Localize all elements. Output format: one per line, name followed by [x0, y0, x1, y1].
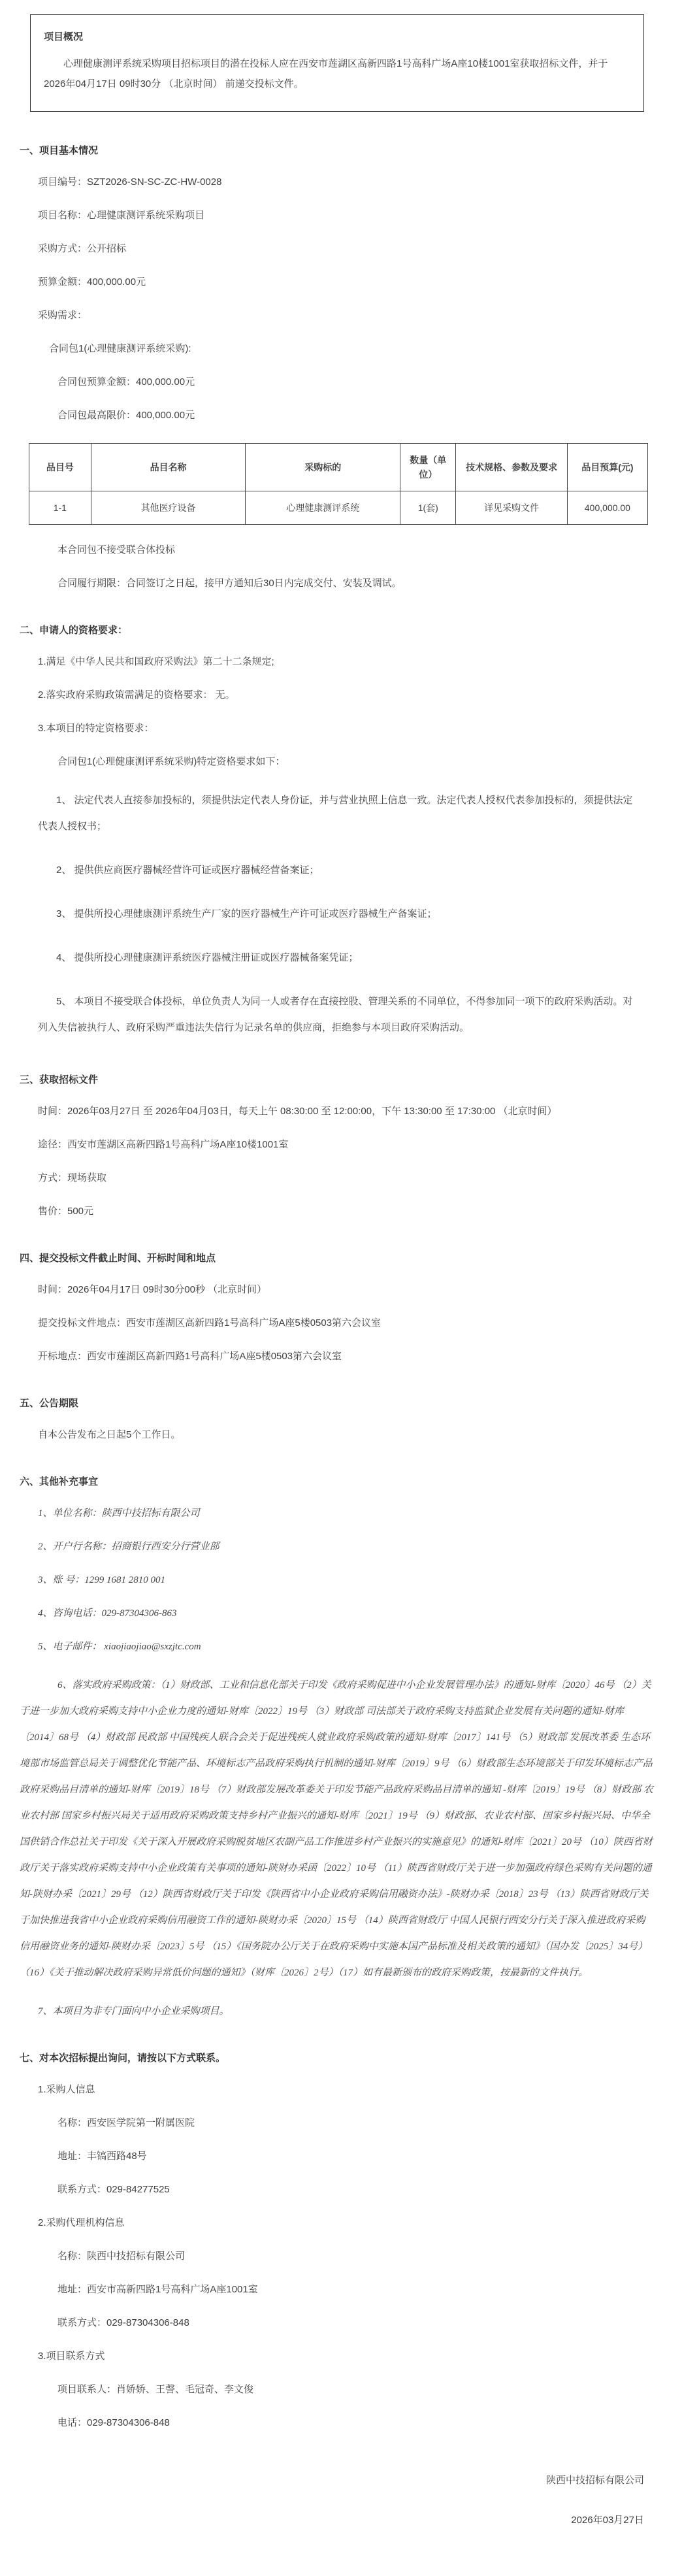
- qualification-3: 3.本项目的特定资格要求：: [38, 721, 653, 736]
- budget-amount-line: 预算金额：400,000.00元: [38, 274, 653, 290]
- smb-note-line: 7、本项目为非专门面向中小企业采购项目。: [38, 2004, 653, 2019]
- purchaser-name-line: 名称：西安医学院第一附属医院: [57, 2115, 653, 2131]
- section-5-heading: 五、公告期限: [20, 1396, 653, 1410]
- special-requirement-4: 4、 提供所投心理健康测评系统医疗器械注册证或医疗器械备案凭证；: [38, 945, 635, 971]
- col-header-budget: 品目预算(元): [567, 444, 647, 491]
- purchaser-address-line: 地址：丰镐西路48号: [57, 2149, 653, 2164]
- col-header-item-no: 品目号: [29, 444, 91, 491]
- items-table-body: 1-1 其他医疗设备 心理健康测评系统 1(套) 详见采购文件 400,000.…: [29, 491, 648, 525]
- agency-address-line: 地址：西安市高新四路1号高科广场A座1001室: [57, 2282, 653, 2298]
- purchaser-contact-line: 联系方式：029-84277525: [57, 2182, 653, 2198]
- procurement-method-line: 采购方式：公开招标: [38, 241, 653, 257]
- section-obtain-documents: 三、获取招标文件 时间：2026年03月27日 至 2026年04月03日，每天…: [20, 1072, 653, 1219]
- package-title-line: 合同包1(心理健康测评系统采购):: [49, 341, 653, 357]
- special-requirement-2: 2、 提供供应商医疗器械经营许可证或医疗器械经营备案证；: [38, 857, 635, 883]
- section-deadline-opening: 四、提交投标文件截止时间、开标时间和地点 时间：2026年04月17日 09时3…: [20, 1251, 653, 1364]
- procurement-demand-label: 采购需求：: [38, 308, 653, 323]
- announcement-period-line: 自本公告发布之日起5个工作日。: [38, 1427, 653, 1443]
- cell-spec: 详见采购文件: [456, 491, 567, 525]
- purchaser-info-group: 1.采购人信息 名称：西安医学院第一附属医院 地址：丰镐西路48号 联系方式：0…: [20, 2082, 653, 2198]
- agency-name-contact-line: 名称：陕西中技招标有限公司: [57, 2249, 653, 2264]
- qualification-2: 2.落实政府采购政策需满足的资格要求： 无。: [38, 687, 653, 703]
- package-qualification-intro: 合同包1(心理健康测评系统采购)特定资格要求如下：: [57, 754, 653, 770]
- section-1-heading: 一、项目基本情况: [20, 143, 653, 157]
- project-contact-persons-line: 项目联系人：肖娇娇、王謦、毛冠奇、李文俊: [57, 2382, 653, 2398]
- deadline-time-line: 时间：2026年04月17日 09时30分00秒 （北京时间）: [38, 1282, 653, 1298]
- tender-announcement-page: 项目概况 心理健康测评系统采购项目招标项目的潜在投标人应在西安市莲湖区高新四路1…: [0, 0, 682, 2576]
- project-contact-phone-line: 电话：029-87304306-848: [57, 2415, 653, 2431]
- project-overview-box: 项目概况 心理健康测评系统采购项目招标项目的潜在投标人应在西安市莲湖区高新四路1…: [30, 14, 644, 112]
- cell-item-no: 1-1: [29, 491, 91, 525]
- special-requirement-3: 3、 提供所投心理健康测评系统生产厂家的医疗器械生产许可证或医疗器械生产备案证；: [38, 901, 635, 927]
- agency-info-group: 2.采购代理机构信息 名称：陕西中技招标有限公司 地址：西安市高新四路1号高科广…: [20, 2215, 653, 2331]
- project-contact-label: 3.项目联系方式: [38, 2349, 653, 2364]
- special-requirement-1: 1、 法定代表人直接参加投标的，须提供法定代表人身份证，并与营业执照上信息一致。…: [38, 787, 635, 840]
- purchaser-info-label: 1.采购人信息: [38, 2082, 653, 2098]
- items-table-header-row: 品目号 品目名称 采购标的 数量（单位） 技术规格、参数及要求 品目预算(元): [29, 444, 648, 491]
- submission-place-line: 提交投标文件地点：西安市莲湖区高新四路1号高科广场A座5楼0503第六会议室: [38, 1315, 653, 1331]
- bank-name-line: 2、开户行名称：招商银行西安分行营业部: [38, 1539, 653, 1555]
- col-header-spec: 技术规格、参数及要求: [456, 444, 567, 491]
- items-table: 品目号 品目名称 采购标的 数量（单位） 技术规格、参数及要求 品目预算(元) …: [29, 443, 648, 525]
- cell-item-name: 其他医疗设备: [91, 491, 246, 525]
- consult-phone-line: 4、咨询电话：029-87304306-863: [38, 1606, 653, 1621]
- agency-name-line: 1、单位名称：陕西中技招标有限公司: [38, 1506, 653, 1521]
- footer-company: 陕西中技招标有限公司: [20, 2473, 644, 2486]
- doc-location-line: 途径：西安市莲湖区高新四路1号高科广场A座10楼1001室: [38, 1137, 653, 1153]
- qualification-1: 1.满足《中华人民共和国政府采购法》第二十二条规定;: [38, 654, 653, 670]
- doc-method-line: 方式：现场获取: [38, 1170, 653, 1186]
- account-number-line: 3、账 号：1299 1681 2810 001: [38, 1572, 653, 1588]
- agency-info-label: 2.采购代理机构信息: [38, 2215, 653, 2231]
- project-number-line: 项目编号：SZT2026-SN-SC-ZC-HW-0028: [38, 174, 653, 190]
- policy-list-paragraph: 6、落实政府采购政策：（1）财政部、工业和信息化部关于印发《政府采购促进中小企业…: [20, 1672, 653, 1986]
- overview-title: 项目概况: [44, 29, 630, 43]
- package-budget-line: 合同包预算金额：400,000.00元: [57, 374, 653, 390]
- col-header-subject: 采购标的: [246, 444, 400, 491]
- section-2-heading: 二、申请人的资格要求：: [20, 623, 653, 636]
- footer-date: 2026年03月27日: [20, 2513, 644, 2526]
- no-consortium-note: 本合同包不接受联合体投标: [57, 542, 653, 558]
- footer: 陕西中技招标有限公司 2026年03月27日: [20, 2473, 644, 2526]
- doc-time-line: 时间：2026年03月27日 至 2026年04月03日，每天上午 08:30:…: [38, 1104, 653, 1119]
- section-other-matters: 六、其他补充事宜 1、单位名称：陕西中技招标有限公司 2、开户行名称：招商银行西…: [20, 1474, 653, 2019]
- project-name-line: 项目名称：心理健康测评系统采购项目: [38, 208, 653, 223]
- section-basic-info: 一、项目基本情况 项目编号：SZT2026-SN-SC-ZC-HW-0028 项…: [20, 143, 653, 591]
- col-header-quantity: 数量（单位）: [400, 444, 456, 491]
- section-qualification: 二、申请人的资格要求： 1.满足《中华人民共和国政府采购法》第二十二条规定; 2…: [20, 623, 653, 1041]
- section-announcement-period: 五、公告期限 自本公告发布之日起5个工作日。: [20, 1396, 653, 1443]
- email-line: 5、电子邮件： xiaojiaojiao@sxzjtc.com: [38, 1639, 653, 1655]
- col-header-item-name: 品目名称: [91, 444, 246, 491]
- section-7-heading: 七、对本次招标提出询问，请按以下方式联系。: [20, 2051, 653, 2064]
- project-contact-group: 3.项目联系方式 项目联系人：肖娇娇、王謦、毛冠奇、李文俊 电话：029-873…: [20, 2349, 653, 2431]
- cell-quantity: 1(套): [400, 491, 456, 525]
- items-table-head: 品目号 品目名称 采购标的 数量（单位） 技术规格、参数及要求 品目预算(元): [29, 444, 648, 491]
- section-4-heading: 四、提交投标文件截止时间、开标时间和地点: [20, 1251, 653, 1264]
- cell-subject: 心理健康测评系统: [246, 491, 400, 525]
- cell-budget: 400,000.00: [567, 491, 647, 525]
- section-3-heading: 三、获取招标文件: [20, 1072, 653, 1086]
- agency-contact-line: 联系方式：029-87304306-848: [57, 2315, 653, 2331]
- table-row: 1-1 其他医疗设备 心理健康测评系统 1(套) 详见采购文件 400,000.…: [29, 491, 648, 525]
- section-6-heading: 六、其他补充事宜: [20, 1474, 653, 1488]
- opening-place-line: 开标地点：西安市莲湖区高新四路1号高科广场A座5楼0503第六会议室: [38, 1349, 653, 1364]
- overview-body: 心理健康测评系统采购项目招标项目的潜在投标人应在西安市莲湖区高新四路1号高科广场…: [44, 54, 630, 94]
- doc-price-line: 售价：500元: [38, 1204, 653, 1219]
- package-max-price-line: 合同包最高限价：400,000.00元: [57, 408, 653, 423]
- special-requirement-5: 5、 本项目不接受联合体投标，单位负责人为同一人或者存在直接控股、管理关系的不同…: [38, 989, 635, 1041]
- contract-period-note: 合同履行期限：合同签订之日起，接甲方通知后30日内完成交付、安装及调试。: [57, 576, 653, 591]
- section-contacts: 七、对本次招标提出询问，请按以下方式联系。 1.采购人信息 名称：西安医学院第一…: [20, 2051, 653, 2431]
